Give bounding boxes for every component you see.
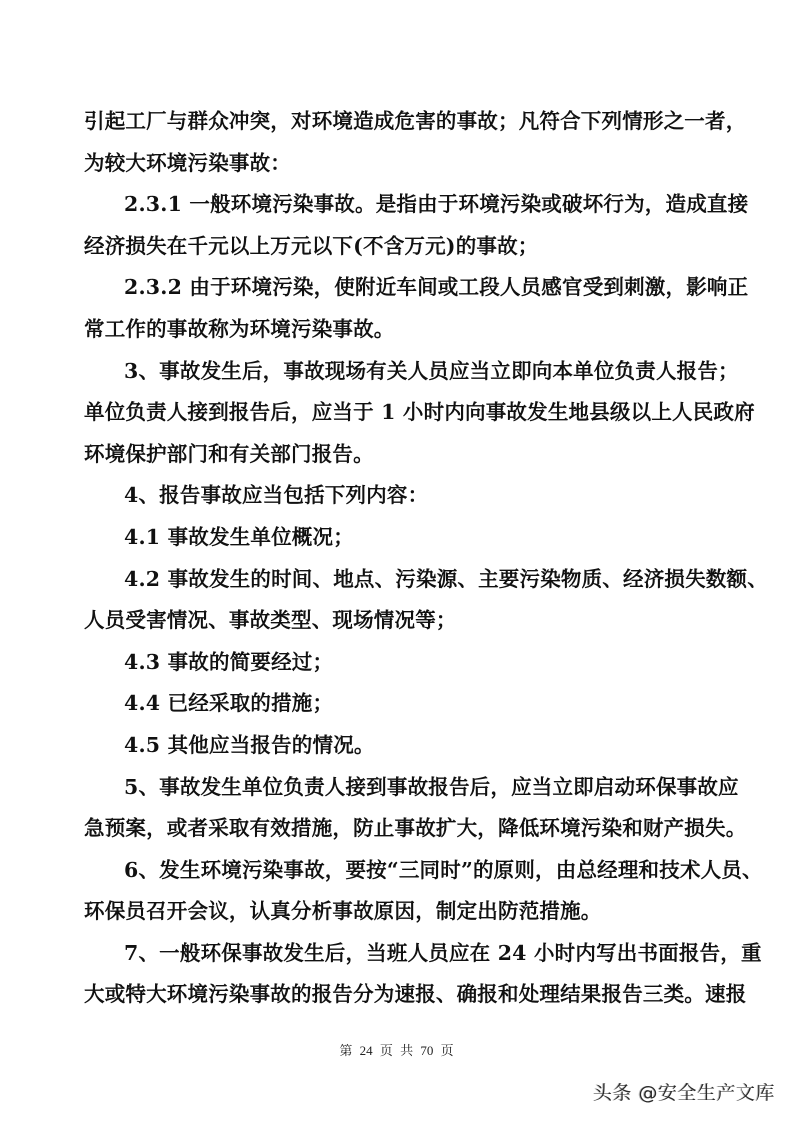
- text-line-13: 人员受害情况、事故类型、现场情况等；: [84, 600, 714, 642]
- text-line-11: 4.1 事故发生单位概况；: [84, 517, 714, 559]
- text-line-16: 4.5 其他应当报告的情况。: [84, 725, 714, 767]
- page-number-footer: 第 24 页 共 70 页: [0, 1040, 793, 1059]
- text-line-10: 4、报告事故应当包括下列内容：: [84, 475, 714, 517]
- text-line-8: 单位负责人接到报告后，应当于 1 小时内向事故发生地县级以上人民政府: [84, 392, 714, 434]
- text-line-6: 常工作的事故称为环境污染事故。: [84, 309, 714, 351]
- text-line-19: 6、发生环境污染事故，要按“三同时”的原则，由总经理和技术人员、: [84, 850, 714, 892]
- source-watermark: 头条 @安全生产文库: [593, 1078, 775, 1105]
- text-line-21: 7、一般环保事故发生后，当班人员应在 24 小时内写出书面报告，重: [84, 933, 714, 975]
- text-line-22: 大或特大环境污染事故的报告分为速报、确报和处理结果报告三类。速报: [84, 974, 714, 1016]
- text-line-17: 5、事故发生单位负责人接到事故报告后，应当立即启动环保事故应: [84, 767, 714, 809]
- text-line-5: 2.3.2 由于环境污染，使附近车间或工段人员感官受到刺激，影响正: [84, 267, 714, 309]
- text-line-20: 环保员召开会议，认真分析事故原因，制定出防范措施。: [84, 891, 714, 933]
- text-line-4: 经济损失在千元以上万元以下(不含万元)的事故；: [84, 226, 714, 268]
- text-line-1: 引起工厂与群众冲突，对环境造成危害的事故；凡符合下列情形之一者，: [84, 101, 714, 143]
- text-line-12: 4.2 事故发生的时间、地点、污染源、主要污染物质、经济损失数额、: [84, 559, 714, 601]
- text-line-2: 为较大环境污染事故：: [84, 143, 714, 185]
- text-line-18: 急预案，或者采取有效措施，防止事故扩大，降低环境污染和财产损失。: [84, 808, 714, 850]
- text-line-7: 3、事故发生后，事故现场有关人员应当立即向本单位负责人报告；: [84, 351, 714, 393]
- text-line-3: 2.3.1 一般环境污染事故。是指由于环境污染或破坏行为，造成直接: [84, 184, 714, 226]
- document-body: 引起工厂与群众冲突，对环境造成危害的事故；凡符合下列情形之一者， 为较大环境污染…: [84, 101, 714, 1016]
- text-line-14: 4.3 事故的简要经过；: [84, 642, 714, 684]
- text-line-9: 环境保护部门和有关部门报告。: [84, 434, 714, 476]
- document-page: 引起工厂与群众冲突，对环境造成危害的事故；凡符合下列情形之一者， 为较大环境污染…: [0, 0, 793, 1122]
- text-line-15: 4.4 已经采取的措施；: [84, 683, 714, 725]
